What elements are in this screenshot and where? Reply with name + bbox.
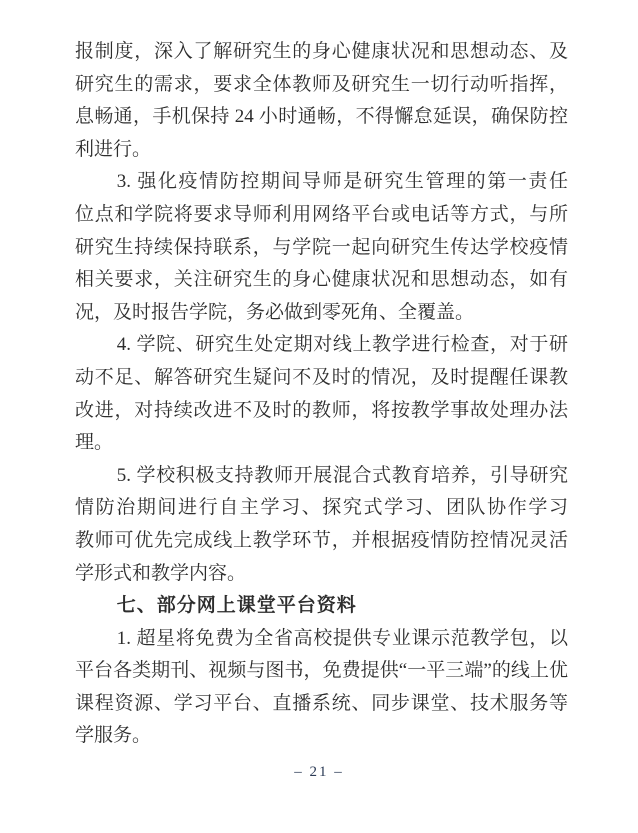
text-line: 平台各类期刊、视频与图书，免费提供“一平三端”的线上优质	[75, 655, 568, 688]
section-heading: 七、部分网上课堂平台资料	[75, 590, 568, 623]
text-line: 利进行。	[75, 134, 568, 167]
document-page: 报制度，深入了解研究生的身心健康状况和思想动态、及时回应研究生的需求，要求全体教…	[0, 0, 638, 833]
text-line: 情防治期间进行自主学习、探究式学习、团队协作学习等。任课	[75, 492, 568, 525]
text-line: 位点和学院将要求导师利用网络平台或电话等方式，与所指导的	[75, 199, 568, 232]
text-line: 3. 强化疫情防控期间导师是研究生管理的第一责任人，各学	[75, 166, 568, 199]
text-line: 况，及时报告学院，务必做到零死角、全覆盖。	[75, 297, 568, 330]
text-line: 1. 超星将免费为全省高校提供专业课示范教学包，以及超星	[75, 623, 568, 656]
text-line: 学服务。	[75, 720, 568, 753]
text-line: 动不足、解答研究生疑问不及时的情况，及时提醒任课教师持续	[75, 362, 568, 395]
text-line: 报制度，深入了解研究生的身心健康状况和思想动态、及时回应	[75, 36, 568, 69]
page-number: – 21 –	[0, 764, 638, 781]
text-line: 息畅通，手机保持 24 小时通畅，不得懈怠延误，确保防控工作顺	[75, 101, 568, 134]
text-line: 课程资源、学习平台、直播系统、同步课堂、技术服务等在线教	[75, 688, 568, 721]
text-line: 4. 学院、研究生处定期对线上教学进行检查，对于研究生互	[75, 329, 568, 362]
document-body: 报制度，深入了解研究生的身心健康状况和思想动态、及时回应研究生的需求，要求全体教…	[75, 36, 568, 753]
text-line: 改进，对持续改进不及时的教师，将按教学事故处理办法进行处	[75, 395, 568, 428]
text-line: 相关要求，关注研究生的身心健康状况和思想动态，如有特殊情	[75, 264, 568, 297]
text-line: 研究生的需求，要求全体教师及研究生一切行动听指挥，确保信	[75, 69, 568, 102]
text-line: 研究生持续保持联系，与学院一起向研究生传达学校疫情防控的	[75, 232, 568, 265]
text-line: 5. 学校积极支持教师开展混合式教育培养，引导研究生在疫	[75, 460, 568, 493]
text-line: 教师可优先完成线上教学环节，并根据疫情防控情况灵活调整教	[75, 525, 568, 558]
text-line: 理。	[75, 427, 568, 460]
text-line: 学形式和教学内容。	[75, 558, 568, 591]
